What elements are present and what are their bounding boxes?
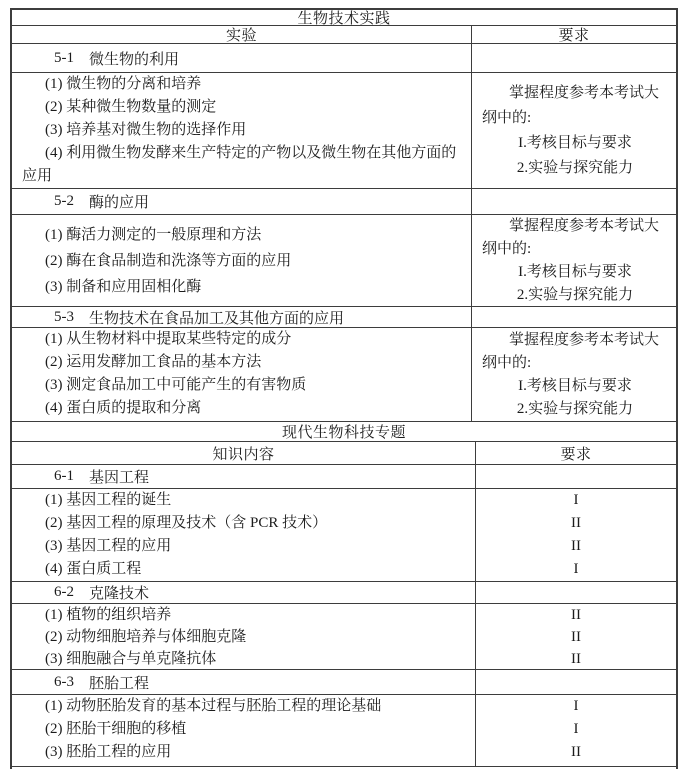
section-5-2-header-row: 5-2 酶的应用 xyxy=(12,188,676,214)
section-6-1-items-row: (1) 基因工程的诞生 (2) 基因工程的原理及技术（含 PCR 技术） (3)… xyxy=(12,488,676,581)
level-value: II xyxy=(476,741,676,764)
table1-col-header-requirement: 要求 xyxy=(472,26,676,43)
empty-cell xyxy=(472,44,676,72)
list-item: (2) 某种微生物数量的测定 xyxy=(22,96,465,119)
section-5-2-title: 5-2 酶的应用 xyxy=(12,189,472,214)
table1-title-row: 生物技术实践 xyxy=(12,10,676,25)
section-5-3-requirement-note: 掌握程度参考本考试大纲中的: I.考核目标与要求 2.实验与探究能力 xyxy=(472,328,676,421)
list-item: (2) 动物细胞培养与体细胞克隆 xyxy=(22,626,469,648)
level-value: II xyxy=(476,512,676,535)
section-5-2-items-row: (1) 酶活力测定的一般原理和方法 (2) 酶在食品制造和洗涤等方面的应用 (3… xyxy=(12,214,676,306)
level-value: I xyxy=(476,718,676,741)
list-item: (4) 蛋白质的提取和分离 xyxy=(22,397,465,420)
table1-header-row: 实验 要求 xyxy=(12,25,676,43)
section-6-2-items-row: (1) 植物的组织培养 (2) 动物细胞培养与体细胞克隆 (3) 细胞融合与单克… xyxy=(12,603,676,669)
section-6-2-title: 6-2 克隆技术 xyxy=(12,582,476,603)
section-6-2-header-row: 6-2 克隆技术 xyxy=(12,581,676,603)
section-6-3-header-row: 6-3 胚胎工程 xyxy=(12,669,676,694)
note-line: I.考核目标与要求 xyxy=(482,131,668,156)
empty-cell xyxy=(472,189,676,214)
section-5-1-title: 5-1 微生物的利用 xyxy=(12,44,472,72)
section-name: 生物技术在食品加工及其他方面的应用 xyxy=(89,307,344,327)
note-line: 掌握程度参考本考试大纲中的: xyxy=(482,81,668,131)
section-code: 6-2 xyxy=(54,584,74,601)
list-item: (1) 植物的组织培养 xyxy=(22,604,469,626)
document-page: 生物技术实践 实验 要求 5-1 微生物的利用 (1) 微生物的分离和培养 (2… xyxy=(0,0,687,769)
table1-col-header-experiment: 实验 xyxy=(12,26,472,43)
list-item: (1) 酶活力测定的一般原理和方法 xyxy=(22,222,465,248)
section-5-2-items: (1) 酶活力测定的一般原理和方法 (2) 酶在食品制造和洗涤等方面的应用 (3… xyxy=(12,215,472,306)
level-value: I xyxy=(476,695,676,718)
list-item: (1) 动物胚胎发育的基本过程与胚胎工程的理论基础 xyxy=(22,695,469,718)
list-item: (2) 酶在食品制造和洗涤等方面的应用 xyxy=(22,248,465,274)
section-code: 6-1 xyxy=(54,468,74,485)
list-item: (1) 微生物的分离和培养 xyxy=(22,73,465,96)
empty-cell xyxy=(476,670,676,694)
table2-header-row: 知识内容 要求 xyxy=(12,441,676,464)
note-line: I.考核目标与要求 xyxy=(482,375,668,398)
section-name: 胚胎工程 xyxy=(89,672,149,693)
empty-cell xyxy=(476,582,676,603)
level-value: II xyxy=(476,626,676,648)
note-line: I.考核目标与要求 xyxy=(482,261,668,284)
list-item: (3) 制备和应用固相化酶 xyxy=(22,274,465,300)
list-item: (3) 培养基对微生物的选择作用 xyxy=(22,119,465,142)
list-item: (3) 基因工程的应用 xyxy=(22,535,469,558)
section-5-1-header-row: 5-1 微生物的利用 xyxy=(12,43,676,72)
note-line: 掌握程度参考本考试大纲中的: xyxy=(482,329,668,375)
section-5-3-header-row: 5-3 生物技术在食品加工及其他方面的应用 xyxy=(12,306,676,327)
section-6-1-header-row: 6-1 基因工程 xyxy=(12,464,676,488)
level-value: II xyxy=(476,604,676,626)
section-code: 5-1 xyxy=(54,50,74,67)
section-5-3-items-row: (1) 从生物材料中提取某些特定的成分 (2) 运用发酵加工食品的基本方法 (3… xyxy=(12,327,676,421)
note-line: 2.实验与探究能力 xyxy=(482,398,668,421)
note-line: 掌握程度参考本考试大纲中的: xyxy=(482,215,668,261)
section-6-3-levels: I I II xyxy=(476,695,676,766)
section-6-3-items-row: (1) 动物胚胎发育的基本过程与胚胎工程的理论基础 (2) 胚胎干细胞的移植 (… xyxy=(12,694,676,767)
section-6-1-items: (1) 基因工程的诞生 (2) 基因工程的原理及技术（含 PCR 技术） (3)… xyxy=(12,489,476,581)
note-line: 2.实验与探究能力 xyxy=(482,284,668,307)
list-item: (1) 基因工程的诞生 xyxy=(22,489,469,512)
section-6-3-title: 6-3 胚胎工程 xyxy=(12,670,476,694)
level-value: I xyxy=(476,489,676,512)
section-6-1-title: 6-1 基因工程 xyxy=(12,465,476,488)
table1-title: 生物技术实践 xyxy=(12,10,676,25)
list-item: (3) 胚胎工程的应用 xyxy=(22,741,469,764)
empty-cell xyxy=(476,465,676,488)
table2-title-row: 现代生物科技专题 xyxy=(12,421,676,441)
section-5-1-requirement-note: 掌握程度参考本考试大纲中的: I.考核目标与要求 2.实验与探究能力 xyxy=(472,73,676,188)
list-item: (1) 从生物材料中提取某些特定的成分 xyxy=(22,328,465,351)
section-6-2-levels: II II II xyxy=(476,604,676,669)
section-5-1-items-row: (1) 微生物的分离和培养 (2) 某种微生物数量的测定 (3) 培养基对微生物… xyxy=(12,72,676,188)
list-item: (3) 细胞融合与单克隆抗体 xyxy=(22,648,469,669)
section-6-3-items: (1) 动物胚胎发育的基本过程与胚胎工程的理论基础 (2) 胚胎干细胞的移植 (… xyxy=(12,695,476,766)
table2-col-header-knowledge: 知识内容 xyxy=(12,442,476,464)
empty-cell xyxy=(472,307,676,327)
list-item: (4) 蛋白质工程 xyxy=(22,558,469,581)
table2-col-header-requirement: 要求 xyxy=(476,442,676,464)
section-name: 酶的应用 xyxy=(89,191,149,212)
list-item: (3) 测定食品加工中可能产生的有害物质 xyxy=(22,374,465,397)
level-value: II xyxy=(476,648,676,669)
section-5-3-title: 5-3 生物技术在食品加工及其他方面的应用 xyxy=(12,307,472,327)
list-item: (2) 胚胎干细胞的移植 xyxy=(22,718,469,741)
section-name: 基因工程 xyxy=(89,466,149,487)
list-item: (2) 基因工程的原理及技术（含 PCR 技术） xyxy=(22,512,469,535)
section-5-3-items: (1) 从生物材料中提取某些特定的成分 (2) 运用发酵加工食品的基本方法 (3… xyxy=(12,328,472,421)
section-name: 微生物的利用 xyxy=(89,48,179,69)
table2-title: 现代生物科技专题 xyxy=(12,422,676,441)
section-name: 克隆技术 xyxy=(89,582,149,603)
list-item: (2) 运用发酵加工食品的基本方法 xyxy=(22,351,465,374)
list-item: (4) 利用微生物发酵来生产特定的产物以及微生物在其他方面的应用 xyxy=(22,142,465,188)
syllabus-table: 生物技术实践 实验 要求 5-1 微生物的利用 (1) 微生物的分离和培养 (2… xyxy=(10,8,678,769)
section-5-1-items: (1) 微生物的分离和培养 (2) 某种微生物数量的测定 (3) 培养基对微生物… xyxy=(12,73,472,188)
level-value: II xyxy=(476,535,676,558)
section-code: 5-2 xyxy=(54,193,74,210)
note-line: 2.实验与探究能力 xyxy=(482,156,668,181)
section-6-2-items: (1) 植物的组织培养 (2) 动物细胞培养与体细胞克隆 (3) 细胞融合与单克… xyxy=(12,604,476,669)
section-code: 5-3 xyxy=(54,309,74,326)
section-6-1-levels: I II II I xyxy=(476,489,676,581)
section-5-2-requirement-note: 掌握程度参考本考试大纲中的: I.考核目标与要求 2.实验与探究能力 xyxy=(472,215,676,306)
level-value: I xyxy=(476,558,676,581)
section-code: 6-3 xyxy=(54,674,74,691)
